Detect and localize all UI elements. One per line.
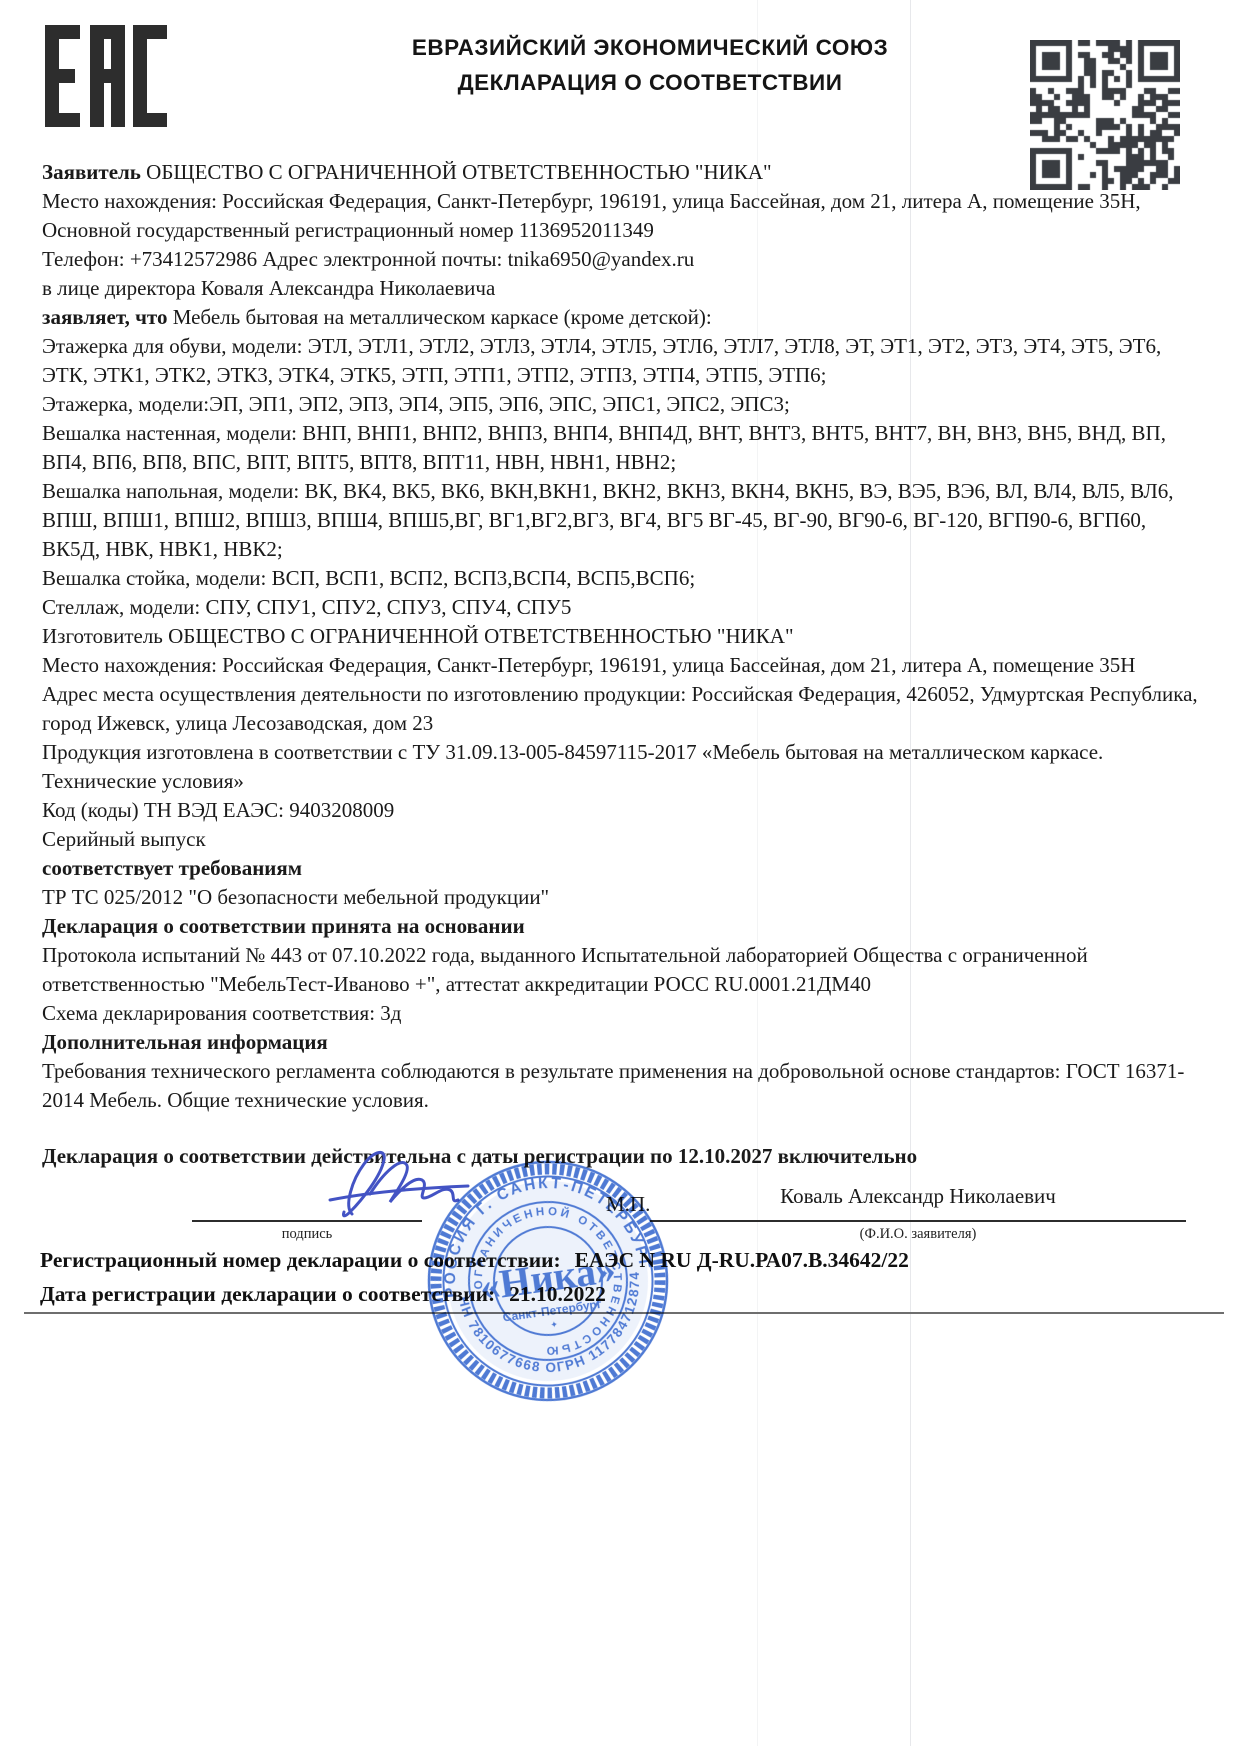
product-name: Мебель бытовая на металлическом каркасе …	[173, 305, 712, 329]
regulation: ТР ТС 025/2012 "О безопасности мебельной…	[42, 883, 1208, 912]
applicant-line: Заявитель ОБЩЕСТВО С ОГРАНИЧЕННОЙ ОТВЕТС…	[42, 158, 1208, 187]
applicant-contacts: Телефон: +73412572986 Адрес электронной …	[42, 245, 1208, 274]
manufacturer-label: Изготовитель	[42, 624, 163, 648]
models-etagere-shoes: Этажерка для обуви, модели: ЭТЛ, ЭТЛ1, Э…	[42, 332, 1208, 390]
applicant-representative: в лице директора Коваля Александра Никол…	[42, 274, 1208, 303]
additional-text: Требования технического регламента соблю…	[42, 1057, 1208, 1115]
declaration-document: ЕВРАЗИЙСКИЙ ЭКОНОМИЧЕСКИЙ СОЮЗ ДЕКЛАРАЦИ…	[0, 0, 1236, 1746]
title-line-union: ЕВРАЗИЙСКИЙ ЭКОНОМИЧЕСКИЙ СОЮЗ	[320, 30, 980, 65]
complies-label: соответствует требованиям	[42, 854, 1208, 883]
signer-name-line	[650, 1220, 1186, 1222]
scheme: Схема декларирования соответствия: 3д	[42, 999, 1208, 1028]
models-stand-hanger: Вешалка стойка, модели: ВСП, ВСП1, ВСП2,…	[42, 564, 1208, 593]
signature-caption: подпись	[192, 1226, 422, 1243]
eac-mark-icon	[45, 25, 167, 127]
signer-caption: (Ф.И.О. заявителя)	[650, 1226, 1186, 1243]
tnved-code: Код (коды) ТН ВЭД ЕАЭС: 9403208009	[42, 796, 1208, 825]
release-type: Серийный выпуск	[42, 825, 1208, 854]
manufacturer-name: ОБЩЕСТВО С ОГРАНИЧЕННОЙ ОТВЕТСТВЕННОСТЬЮ…	[168, 624, 793, 648]
models-rack: Стеллаж, модели: СПУ, СПУ1, СПУ2, СПУ3, …	[42, 593, 1208, 622]
models-etagere: Этажерка, модели:ЭП, ЭП1, ЭП2, ЭП3, ЭП4,…	[42, 390, 1208, 419]
company-stamp: РОССИЯ Г. САНКТ-ПЕТЕРБУРГ ИНН 7810677668…	[408, 1140, 688, 1422]
document-body: Заявитель ОБЩЕСТВО С ОГРАНИЧЕННОЙ ОТВЕТС…	[42, 158, 1208, 1171]
applicant-name: ОБЩЕСТВО С ОГРАНИЧЕННОЙ ОТВЕТСТВЕННОСТЬЮ…	[146, 160, 771, 184]
title-line-declaration: ДЕКЛАРАЦИЯ О СООТВЕТСТВИИ	[320, 65, 980, 100]
signer-name: Коваль Александр Николаевич	[650, 1184, 1186, 1209]
basis-text: Протокола испытаний № 443 от 07.10.2022 …	[42, 941, 1208, 999]
applicant-address: Место нахождения: Российская Федерация, …	[42, 187, 1208, 245]
models-wall-hanger: Вешалка настенная, модели: ВНП, ВНП1, ВН…	[42, 419, 1208, 477]
manufacturer-address: Место нахождения: Российская Федерация, …	[42, 651, 1208, 680]
manufacturer-line: Изготовитель ОБЩЕСТВО С ОГРАНИЧЕННОЙ ОТВ…	[42, 622, 1208, 651]
models-floor-hanger: Вешалка напольная, модели: ВК, ВК4, ВК5,…	[42, 477, 1208, 564]
product-specs: Продукция изготовлена в соответствии с Т…	[42, 738, 1208, 796]
signature-line	[192, 1220, 422, 1222]
basis-label: Декларация о соответствии принята на осн…	[42, 912, 1208, 941]
production-address: Адрес места осуществления деятельности п…	[42, 680, 1208, 738]
declares-line: заявляет, что Мебель бытовая на металлич…	[42, 303, 1208, 332]
additional-label: Дополнительная информация	[42, 1028, 1208, 1057]
applicant-label: Заявитель	[42, 160, 141, 184]
declares-label: заявляет, что	[42, 305, 167, 329]
document-title: ЕВРАЗИЙСКИЙ ЭКОНОМИЧЕСКИЙ СОЮЗ ДЕКЛАРАЦИ…	[320, 30, 980, 100]
